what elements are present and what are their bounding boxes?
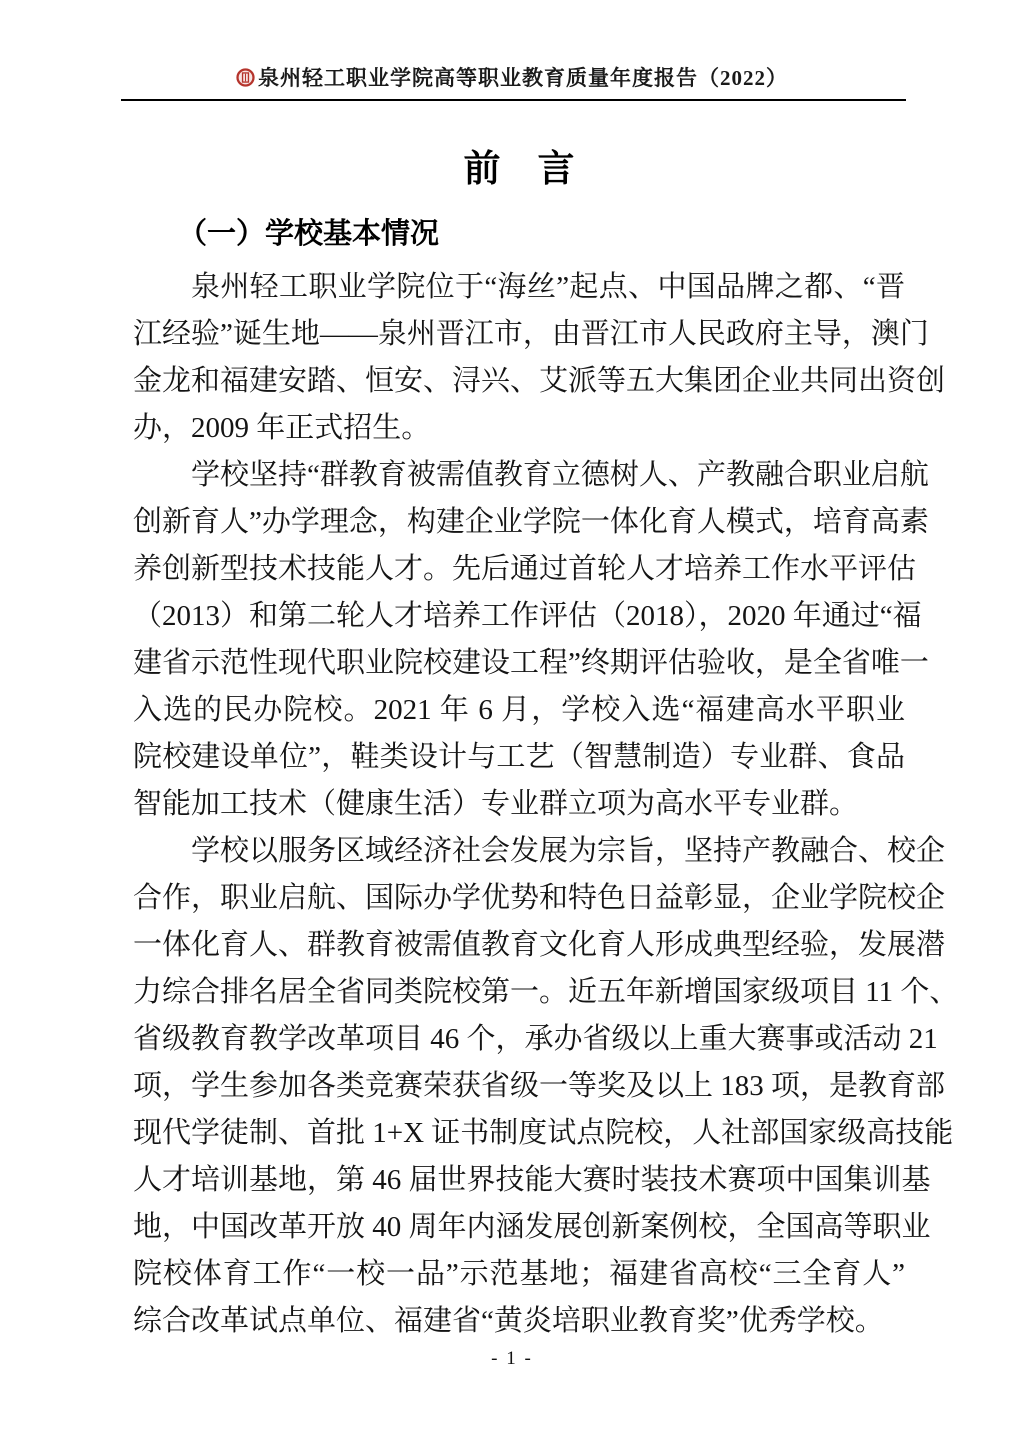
text-line: 地，中国改革开放 40 周年内涵发展创新案例校，全国高等职业 bbox=[133, 1204, 905, 1251]
text-line: 江经验”诞生地——泉州晋江市，由晋江市人民政府主导，澳门 bbox=[133, 311, 905, 358]
text-line: 院校建设单位”，鞋类设计与工艺（智慧制造）专业群、食品 bbox=[133, 734, 905, 781]
text-line: 学校以服务区域经济社会发展为宗旨，坚持产教融合、校企 bbox=[133, 828, 905, 875]
text-line: 人才培训基地，第 46 届世界技能大赛时装技术赛项中国集训基 bbox=[133, 1157, 905, 1204]
text-line: 养创新型技术技能人才。先后通过首轮人才培养工作水平评估 bbox=[133, 546, 905, 593]
text-line: 力综合排名居全省同类院校第一。近五年新增国家级项目 11 个、 bbox=[133, 969, 905, 1016]
text-line: 合作，职业启航、国际办学优势和特色日益彰显，企业学院校企 bbox=[133, 875, 905, 922]
text-line: 金龙和福建安踏、恒安、浔兴、艾派等五大集团企业共同出资创 bbox=[133, 358, 905, 405]
text-line: 项，学生参加各类竞赛荣获省级一等奖及以上 183 项，是教育部 bbox=[133, 1063, 905, 1110]
text-line: 创新育人”办学理念，构建企业学院一体化育人模式，培育高素 bbox=[133, 499, 905, 546]
paragraph-2: 学校坚持“群教育被需值教育立德树人、产教融合职业启航 创新育人”办学理念，构建企… bbox=[133, 452, 905, 828]
report-header-title: 泉州轻工职业学院高等职业教育质量年度报告（2022） bbox=[258, 62, 788, 92]
page-footer: - 1 - bbox=[0, 1348, 1024, 1370]
paragraph-1: 泉州轻工职业学院位于“海丝”起点、中国品牌之都、“晋 江经验”诞生地——泉州晋江… bbox=[133, 264, 905, 452]
text-line: 入选的民办院校。2021 年 6 月，学校入选“福建高水平职业 bbox=[133, 687, 905, 734]
header-divider bbox=[121, 99, 906, 101]
text-line: 办，2009 年正式招生。 bbox=[133, 405, 905, 452]
text-line: 现代学徒制、首批 1+X 证书制度试点院校，人社部国家级高技能 bbox=[133, 1110, 905, 1157]
text-line: 综合改革试点单位、福建省“黄炎培职业教育奖”优秀学校。 bbox=[133, 1298, 905, 1345]
paragraph-3: 学校以服务区域经济社会发展为宗旨，坚持产教融合、校企 合作，职业启航、国际办学优… bbox=[133, 828, 905, 1345]
page-header: 泉州轻工职业学院高等职业教育质量年度报告（2022） bbox=[0, 0, 1024, 101]
school-seal-icon bbox=[236, 68, 255, 87]
document-body: 前 言 （一）学校基本情况 泉州轻工职业学院位于“海丝”起点、中国品牌之都、“晋… bbox=[133, 147, 905, 1345]
text-line: （2013）和第二轮人才培养工作评估（2018），2020 年通过“福 bbox=[133, 593, 905, 640]
text-line: 泉州轻工职业学院位于“海丝”起点、中国品牌之都、“晋 bbox=[133, 264, 905, 311]
section-heading: （一）学校基本情况 bbox=[133, 217, 905, 251]
report-header: 泉州轻工职业学院高等职业教育质量年度报告（2022） bbox=[236, 62, 788, 92]
text-line: 建省示范性现代职业院校建设工程”终期评估验收，是全省唯一 bbox=[133, 640, 905, 687]
document-page: 泉州轻工职业学院高等职业教育质量年度报告（2022） 前 言 （一）学校基本情况… bbox=[0, 0, 1024, 1447]
text-line: 一体化育人、群教育被需值教育文化育人形成典型经验，发展潜 bbox=[133, 922, 905, 969]
page-number: - 1 - bbox=[491, 1348, 533, 1369]
page-title: 前 言 bbox=[133, 147, 905, 191]
text-line: 省级教育教学改革项目 46 个，承办省级以上重大赛事或活动 21 bbox=[133, 1016, 905, 1063]
text-line: 院校体育工作“一校一品”示范基地；福建省高校“三全育人” bbox=[133, 1251, 905, 1298]
body-text: 泉州轻工职业学院位于“海丝”起点、中国品牌之都、“晋 江经验”诞生地——泉州晋江… bbox=[133, 264, 905, 1345]
text-line: 学校坚持“群教育被需值教育立德树人、产教融合职业启航 bbox=[133, 452, 905, 499]
text-line: 智能加工技术（健康生活）专业群立项为高水平专业群。 bbox=[133, 781, 905, 828]
